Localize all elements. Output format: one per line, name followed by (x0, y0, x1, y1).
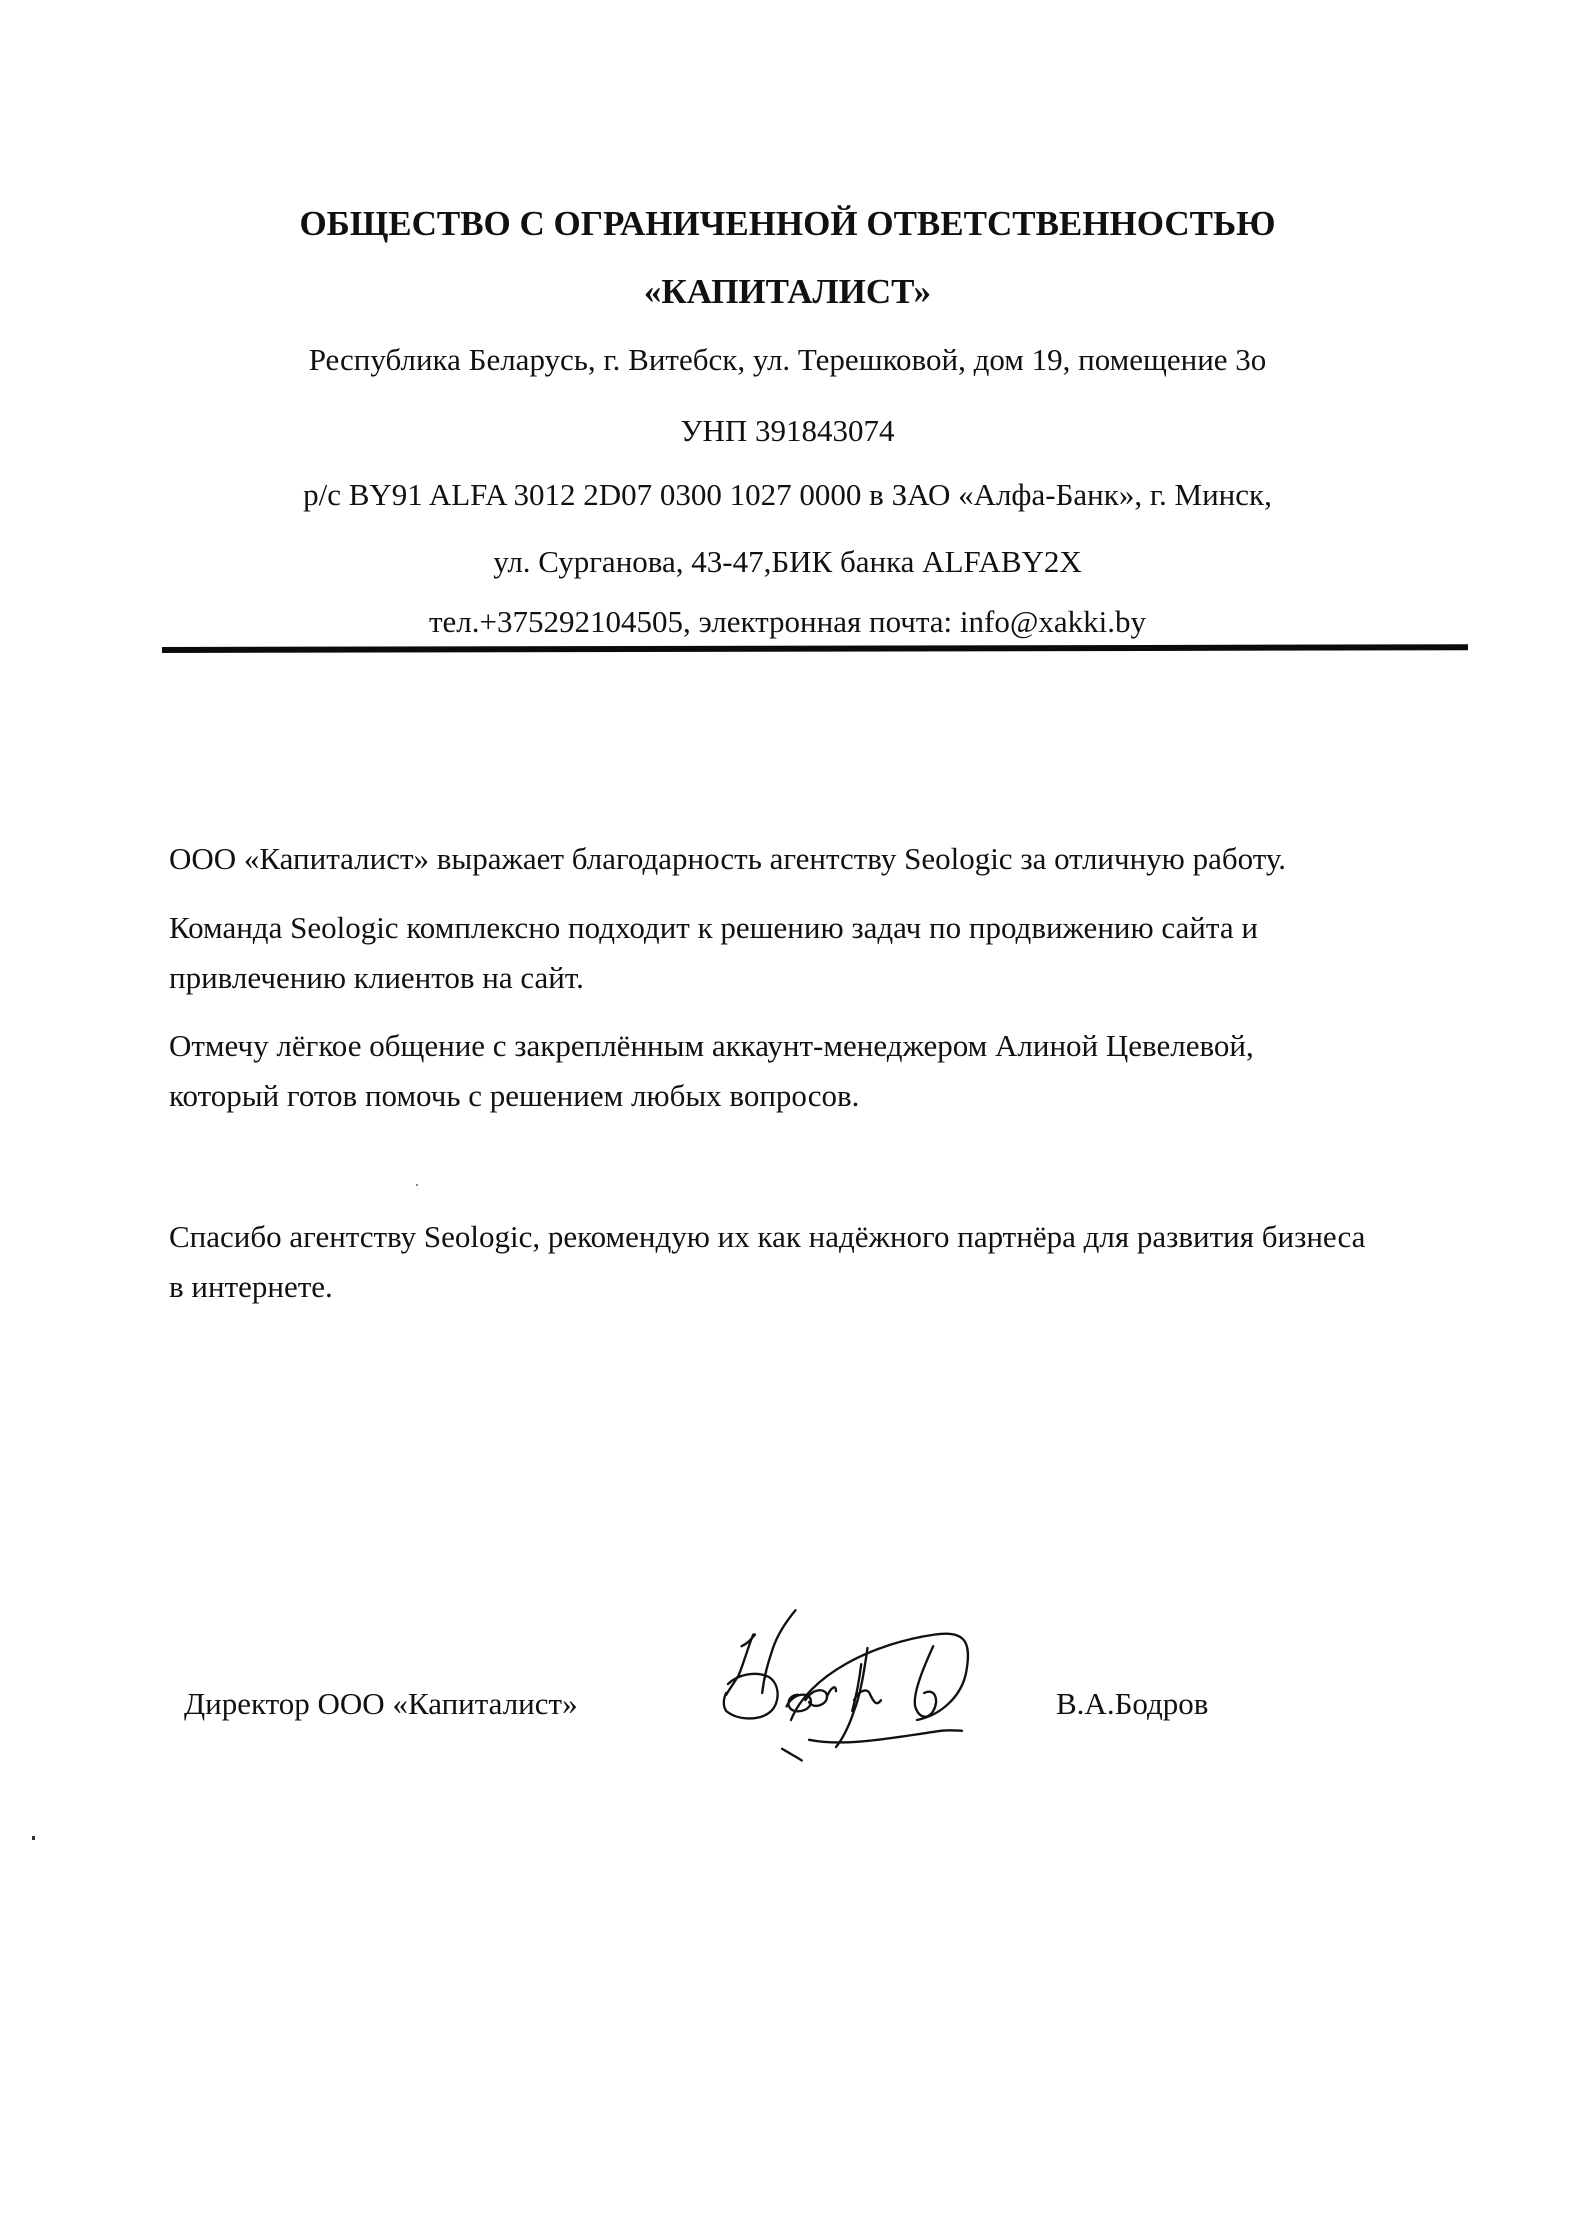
paragraph-line: Отмечу лёгкое общение с закреплённым акк… (169, 1021, 1499, 1071)
paragraph-line: Спасибо агентству Seologic, рекомендую и… (169, 1212, 1499, 1262)
letter-page: ОБЩЕСТВО С ОГРАНИЧЕННОЙ ОТВЕТСТВЕННОСТЬЮ… (0, 0, 1575, 2228)
paragraph-line: который готов помочь с решением любых во… (169, 1071, 1499, 1121)
handwritten-signature-icon (690, 1594, 1000, 1774)
bank-details-line2: ул. Сурганова, 43-47,БИК банка ALFABY2X (0, 544, 1575, 580)
company-title-line1: ОБЩЕСТВО С ОГРАНИЧЕННОЙ ОТВЕТСТВЕННОСТЬЮ (0, 204, 1575, 244)
paragraph-team: Команда Seologic комплексно подходит к р… (169, 903, 1499, 1003)
company-contacts: тел.+375292104505, электронная почта: in… (0, 604, 1575, 640)
paragraph-gratitude: ООО «Капиталист» выражает благодарность … (169, 834, 1499, 884)
paragraph-manager: Отмечу лёгкое общение с закреплённым акк… (169, 1021, 1499, 1121)
company-unp: УНП 391843074 (0, 413, 1575, 449)
paragraph-line: в интернете. (169, 1262, 1499, 1312)
signatory-name: В.А.Бодров (1056, 1686, 1208, 1722)
paragraph-line: Команда Seologic комплексно подходит к р… (169, 903, 1499, 953)
bank-details-line1: р/с BY91 ALFA 3012 2D07 0300 1027 0000 в… (0, 477, 1575, 513)
company-title-line2: «КАПИТАЛИСТ» (0, 272, 1575, 312)
letterhead-divider (162, 644, 1468, 653)
scan-speck (32, 1836, 35, 1840)
paragraph-recommendation: Спасибо агентству Seologic, рекомендую и… (169, 1212, 1499, 1312)
signatory-position: Директор ООО «Капиталист» (184, 1686, 578, 1722)
paragraph-line: ООО «Капиталист» выражает благодарность … (169, 834, 1499, 884)
scan-speck (416, 1184, 418, 1186)
paragraph-line: привлечению клиентов на сайт. (169, 953, 1499, 1003)
company-address: Республика Беларусь, г. Витебск, ул. Тер… (0, 342, 1575, 378)
